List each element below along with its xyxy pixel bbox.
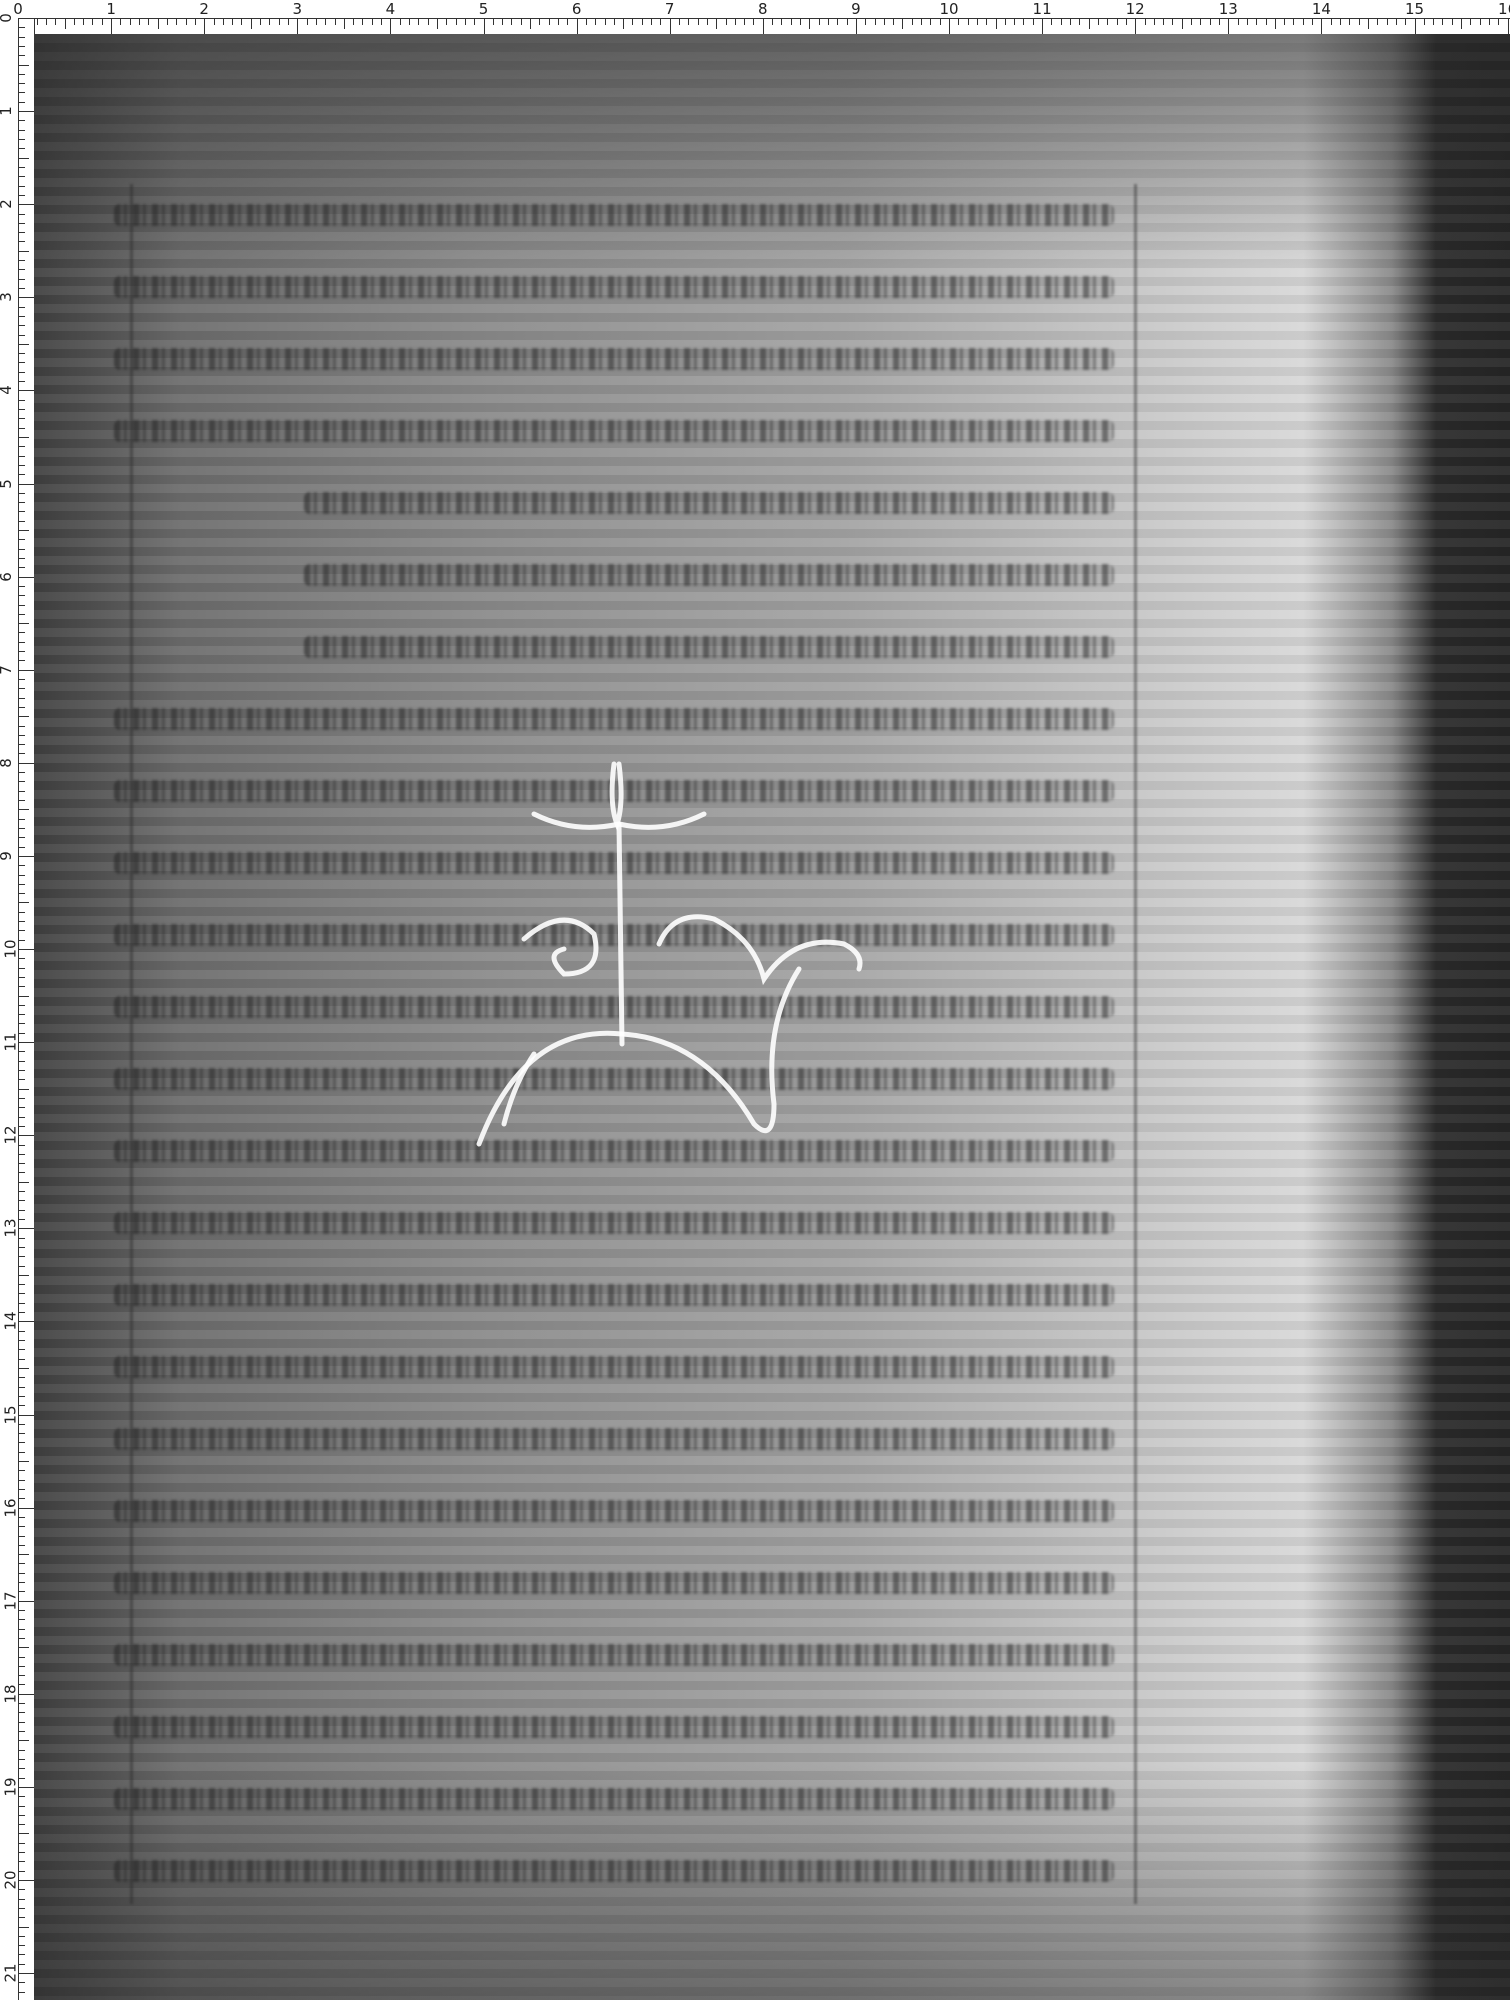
ruler-tick	[19, 1619, 25, 1620]
ruler-tick	[595, 19, 596, 25]
ruler-tick	[19, 1563, 25, 1564]
ruler-tick	[1470, 19, 1471, 25]
ruler-tick	[19, 1089, 29, 1090]
ruler-tick	[1293, 19, 1294, 25]
ruler-tick	[19, 1601, 34, 1602]
ruler-tick	[19, 847, 25, 848]
ruler-tick	[65, 19, 66, 29]
ruler-tick	[19, 353, 25, 354]
ruler-tick	[688, 19, 689, 25]
ruler-tick	[19, 390, 34, 391]
ruler-tick	[19, 1489, 25, 1490]
ruler-tick	[19, 1033, 25, 1034]
text-line	[114, 276, 1114, 298]
ruler-tick	[567, 19, 568, 25]
ruler-tick	[865, 19, 866, 25]
ruler-tick	[19, 1210, 25, 1211]
ruler-tick	[791, 19, 792, 25]
ruler-left-label: 0	[0, 13, 15, 23]
ruler-tick	[19, 1238, 25, 1239]
ruler-tick	[19, 1014, 25, 1015]
ruler-tick	[19, 232, 25, 233]
ruler-tick	[986, 19, 987, 25]
ruler-tick	[19, 949, 34, 950]
ruler-tick	[940, 19, 941, 25]
ruler-tick	[19, 1815, 25, 1816]
ruler-tick	[46, 19, 47, 25]
ruler-left-label: 1	[0, 106, 15, 116]
manuscript-scan	[34, 34, 1510, 2000]
ruler-tick	[344, 19, 345, 29]
ruler-tick	[19, 1731, 25, 1732]
ruler-left-label: 17	[2, 1591, 20, 1610]
ruler-tick	[19, 1954, 25, 1955]
ruler-tick	[19, 1712, 25, 1713]
ruler-tick	[19, 875, 25, 876]
ruler-tick	[19, 251, 29, 252]
ruler-tick	[1321, 19, 1322, 34]
ruler-tick	[19, 1796, 25, 1797]
ruler-top-label: 15	[1405, 0, 1424, 18]
ruler-tick	[19, 893, 25, 894]
ruler-tick	[19, 474, 25, 475]
ruler-tick	[37, 19, 38, 25]
ruler-tick	[120, 19, 121, 25]
ruler-top-label: 6	[572, 0, 582, 18]
ruler-tick	[930, 19, 931, 25]
ruler-tick	[19, 344, 29, 345]
ruler-tick	[19, 400, 25, 401]
ruler-tick	[19, 726, 25, 727]
ruler-tick	[19, 1927, 29, 1928]
ruler-tick	[19, 1768, 25, 1769]
ruler-top-label: 5	[479, 0, 489, 18]
ruler-tick	[19, 214, 25, 215]
ruler-tick	[19, 1964, 25, 1965]
ruler-tick	[19, 1787, 34, 1788]
ruler-tick	[353, 19, 354, 25]
ruler-left	[18, 18, 35, 2000]
ruler-tick	[19, 1061, 25, 1062]
ruler-tick	[19, 1591, 25, 1592]
ruler-tick	[19, 1461, 29, 1462]
ruler-tick	[19, 1200, 25, 1201]
ruler-tick	[19, 605, 25, 606]
ruler-tick	[1312, 19, 1313, 25]
ruler-tick	[19, 1526, 25, 1527]
watermark-icon	[454, 724, 914, 1184]
ruler-top-label: 3	[293, 0, 303, 18]
ruler-tick	[19, 521, 25, 522]
ruler-tick	[176, 19, 177, 25]
ruler-tick	[19, 670, 34, 671]
ruler-tick	[19, 130, 25, 131]
ruler-tick	[726, 19, 727, 25]
ruler-tick	[19, 1824, 25, 1825]
ruler-tick	[19, 1145, 25, 1146]
ruler-top-label: 7	[665, 0, 675, 18]
ruler-tick	[1405, 19, 1406, 25]
ruler-tick	[19, 1312, 25, 1313]
ruler-tick	[19, 1852, 25, 1853]
ruler-tick	[19, 1936, 25, 1937]
ruler-tick	[1126, 19, 1127, 25]
ruler-tick	[19, 716, 29, 717]
ruler-top-label: 13	[1219, 0, 1238, 18]
ruler-tick	[19, 1778, 25, 1779]
ruler-tick	[19, 1293, 25, 1294]
text-line	[304, 492, 1114, 514]
ruler-tick	[19, 1899, 25, 1900]
ruler-tick	[19, 828, 25, 829]
ruler-tick	[1228, 19, 1229, 34]
ruler-tick	[297, 19, 298, 34]
ruler-tick	[19, 1247, 25, 1248]
ruler-tick	[19, 1657, 25, 1658]
ruler-tick	[19, 102, 25, 103]
ruler-tick	[19, 1582, 25, 1583]
ruler-tick	[19, 288, 25, 289]
ruler-tick	[558, 19, 559, 25]
ruler-tick	[1442, 19, 1443, 25]
ruler-tick	[19, 1275, 29, 1276]
ruler-tick	[530, 19, 531, 29]
ruler-tick	[19, 1684, 25, 1685]
ruler-tick	[19, 1452, 25, 1453]
ruler-tick	[968, 19, 969, 25]
ruler-tick	[577, 19, 578, 34]
ruler-tick	[19, 27, 25, 28]
ruler-tick	[19, 1098, 25, 1099]
ruler-tick	[19, 772, 25, 773]
ruler-tick	[158, 19, 159, 29]
ruler-left-label: 18	[2, 1684, 20, 1703]
ruler-tick	[1303, 19, 1304, 25]
ruler-tick	[19, 1806, 25, 1807]
ruler-tick	[111, 19, 112, 34]
ruler-tick	[800, 19, 801, 25]
ruler-tick	[19, 1219, 25, 1220]
ruler-tick	[1377, 19, 1378, 25]
ruler-tick	[456, 19, 457, 25]
ruler-tick	[1145, 19, 1146, 25]
ruler-tick	[819, 19, 820, 25]
ruler-left-label: 10	[2, 939, 20, 958]
ruler-tick	[19, 1266, 25, 1267]
ruler-tick	[186, 19, 187, 25]
ruler-tick	[19, 1126, 25, 1127]
ruler-tick	[1135, 19, 1136, 34]
ruler-tick	[474, 19, 475, 25]
ruler-tick	[362, 19, 363, 25]
ruler-tick	[1284, 19, 1285, 25]
text-line	[114, 1356, 1114, 1378]
ruler-tick	[19, 307, 25, 308]
ruler-tick	[856, 19, 857, 34]
ruler-top-label: 8	[758, 0, 768, 18]
ruler-left-label: 2	[0, 199, 15, 209]
ruler-tick	[1368, 19, 1369, 29]
ruler-tick	[735, 19, 736, 25]
ruler-tick	[19, 1135, 34, 1136]
ruler-tick	[418, 19, 419, 25]
ruler-tick	[1480, 19, 1481, 25]
ruler-tick	[875, 19, 876, 25]
ruler-tick	[19, 819, 25, 820]
ruler-tick	[1098, 19, 1099, 25]
ruler-tick	[55, 19, 56, 25]
ruler-tick	[19, 241, 25, 242]
ruler-tick	[921, 19, 922, 25]
ruler-tick	[781, 19, 782, 25]
ruler-tick	[1014, 19, 1015, 25]
ruler-tick	[19, 1573, 25, 1574]
ruler-left-label: 13	[2, 1219, 20, 1238]
ruler-tick	[1238, 19, 1239, 25]
ruler-tick	[19, 1284, 25, 1285]
ruler-tick	[19, 18, 34, 19]
ruler-tick	[19, 577, 34, 578]
ruler-tick	[484, 19, 485, 34]
ruler-tick	[1079, 19, 1080, 25]
ruler-tick	[19, 1629, 25, 1630]
text-line	[114, 204, 1114, 226]
ruler-tick	[19, 549, 25, 550]
ruler-tick	[19, 493, 25, 494]
ruler-tick	[19, 1433, 25, 1434]
ruler-tick	[19, 1377, 25, 1378]
ruler-tick	[893, 19, 894, 25]
ruler-tick	[19, 856, 34, 857]
ruler-tick	[19, 409, 25, 410]
ruler-tick	[502, 19, 503, 25]
ruler-tick	[437, 19, 438, 29]
ruler-tick	[642, 19, 643, 25]
ruler-tick	[19, 865, 25, 866]
ruler-tick	[19, 1349, 25, 1350]
ruler-tick	[1061, 19, 1062, 25]
ruler-tick	[19, 1498, 25, 1499]
ruler-tick	[1163, 19, 1164, 25]
ruler-top-label: 14	[1312, 0, 1331, 18]
ruler-tick	[19, 1666, 25, 1667]
ruler-tick	[19, 1079, 25, 1080]
ruler-tick	[763, 19, 764, 34]
ruler-tick	[19, 111, 34, 112]
ruler-tick	[19, 902, 29, 903]
ruler-tick	[902, 19, 903, 29]
ruler-tick	[670, 19, 671, 34]
ruler-tick	[19, 968, 25, 969]
ruler-tick	[1396, 19, 1397, 25]
text-line	[114, 1716, 1114, 1738]
ruler-tick	[409, 19, 410, 25]
ruler-tick	[390, 19, 391, 34]
ruler-tick	[698, 19, 699, 25]
ruler-tick	[1033, 19, 1034, 25]
ruler-tick	[19, 1740, 29, 1741]
ruler-left-label: 15	[2, 1405, 20, 1424]
ruler-left-label: 19	[2, 1777, 20, 1796]
ruler-tick	[19, 1368, 29, 1369]
ruler-tick	[19, 502, 25, 503]
ruler-tick	[102, 19, 103, 25]
ruler-tick	[83, 19, 84, 25]
ruler-tick	[148, 19, 149, 25]
ruler-tick	[19, 269, 25, 270]
ruler-left-label: 21	[2, 1964, 20, 1983]
ruler-tick	[19, 679, 25, 680]
ruler-tick	[753, 19, 754, 25]
ruler-tick	[19, 46, 25, 47]
ruler-tick	[1219, 19, 1220, 25]
ruler-tick	[251, 19, 252, 29]
ruler-tick	[465, 19, 466, 25]
ruler-tick	[19, 511, 25, 512]
ruler-tick	[19, 660, 25, 661]
ruler-tick	[19, 1703, 25, 1704]
ruler-tick	[19, 1070, 25, 1071]
ruler-tick	[381, 19, 382, 25]
ruler-tick	[19, 809, 29, 810]
ruler-left-label: 12	[2, 1126, 20, 1145]
ruler-tick	[19, 1638, 25, 1639]
ruler-tick	[1247, 19, 1248, 25]
margin-rule-right	[1134, 184, 1137, 1904]
ruler-tick	[19, 1843, 25, 1844]
ruler-tick	[19, 195, 25, 196]
ruler-tick	[1089, 19, 1090, 29]
ruler-top-label: 4	[386, 0, 396, 18]
ruler-tick	[549, 19, 550, 25]
text-line	[114, 1284, 1114, 1306]
ruler-tick	[19, 1172, 25, 1173]
ruler-tick	[19, 1694, 34, 1695]
ruler-tick	[707, 19, 708, 25]
ruler-tick	[19, 260, 25, 261]
ruler-tick	[1070, 19, 1071, 25]
ruler-tick	[809, 19, 810, 29]
ruler-tick	[19, 446, 25, 447]
ruler-tick	[19, 1191, 25, 1192]
ruler-tick	[19, 37, 25, 38]
ruler-tick	[316, 19, 317, 25]
ruler-tick	[19, 1833, 29, 1834]
text-line	[114, 1644, 1114, 1666]
ruler-tick	[19, 539, 25, 540]
ruler-left-label: 6	[0, 572, 15, 582]
ruler-tick	[772, 19, 773, 25]
ruler-tick	[493, 19, 494, 25]
ruler-tick	[521, 19, 522, 25]
ruler-tick	[949, 19, 950, 34]
ruler-tick	[1051, 19, 1052, 25]
ruler-tick	[19, 1536, 25, 1537]
ruler-tick	[19, 1722, 25, 1723]
ruler-tick	[19, 791, 25, 792]
ruler-tick	[19, 1889, 25, 1890]
ruler-tick	[19, 1992, 25, 1993]
ruler-top-label: 9	[851, 0, 861, 18]
ruler-tick	[19, 297, 34, 298]
ruler-tick	[632, 19, 633, 25]
ruler-tick	[19, 316, 25, 317]
ruler-tick	[19, 1415, 34, 1416]
ruler-tick	[19, 465, 25, 466]
ruler-left-label: 3	[0, 293, 15, 303]
ruler-tick	[19, 428, 25, 429]
ruler-tick	[19, 1480, 25, 1481]
ruler-tick	[269, 19, 270, 25]
ruler-tick	[19, 158, 29, 159]
ruler-tick	[19, 986, 25, 987]
ruler-tick	[19, 1545, 25, 1546]
ruler-tick	[1452, 19, 1453, 25]
ruler-tick	[232, 19, 233, 25]
text-line	[114, 1860, 1114, 1882]
ruler-tick	[260, 19, 261, 25]
ruler-tick	[19, 325, 25, 326]
ruler-tick	[1023, 19, 1024, 25]
ruler-tick	[19, 148, 25, 149]
ruler-tick	[19, 1675, 25, 1676]
ruler-tick	[19, 567, 25, 568]
ruler-tick	[19, 83, 25, 84]
ruler-tick	[19, 996, 29, 997]
ruler-tick	[19, 1508, 34, 1509]
ruler-left-label: 8	[0, 758, 15, 768]
ruler-tick	[884, 19, 885, 25]
ruler-tick	[1498, 19, 1499, 25]
ruler-tick	[19, 55, 25, 56]
ruler-tick	[19, 1917, 25, 1918]
ruler-tick	[716, 19, 717, 29]
ruler-tick	[1154, 19, 1155, 25]
ruler-tick	[19, 623, 29, 624]
ruler-tick	[19, 335, 25, 336]
ruler-tick	[19, 1442, 25, 1443]
ruler-top-label: 11	[1033, 0, 1052, 18]
text-line	[114, 1572, 1114, 1594]
ruler-tick	[19, 120, 25, 121]
ruler-tick	[1461, 19, 1462, 29]
ruler-tick	[1182, 19, 1183, 29]
ruler-tick	[19, 688, 25, 689]
ruler-tick	[19, 223, 25, 224]
text-line	[304, 636, 1114, 658]
ruler-tick	[1107, 19, 1108, 25]
ruler-tick	[325, 19, 326, 25]
ruler-tick	[92, 19, 93, 25]
ruler-tick	[19, 642, 25, 643]
ruler-tick	[19, 1908, 25, 1909]
ruler-tick	[139, 19, 140, 25]
ruler-tick	[19, 940, 25, 941]
ruler-tick	[204, 19, 205, 34]
ruler-tick	[19, 1340, 25, 1341]
ruler-tick	[19, 958, 25, 959]
ruler-tick	[1200, 19, 1201, 25]
ruler-tick	[19, 1880, 34, 1881]
ruler-tick	[1424, 19, 1425, 25]
ruler-tick	[19, 800, 25, 801]
ruler-tick	[214, 19, 215, 25]
ruler-top-label: 1	[106, 0, 116, 18]
ruler-tick	[19, 1945, 25, 1946]
text-line	[114, 1212, 1114, 1234]
ruler-tick	[19, 1396, 25, 1397]
text-line	[114, 1500, 1114, 1522]
